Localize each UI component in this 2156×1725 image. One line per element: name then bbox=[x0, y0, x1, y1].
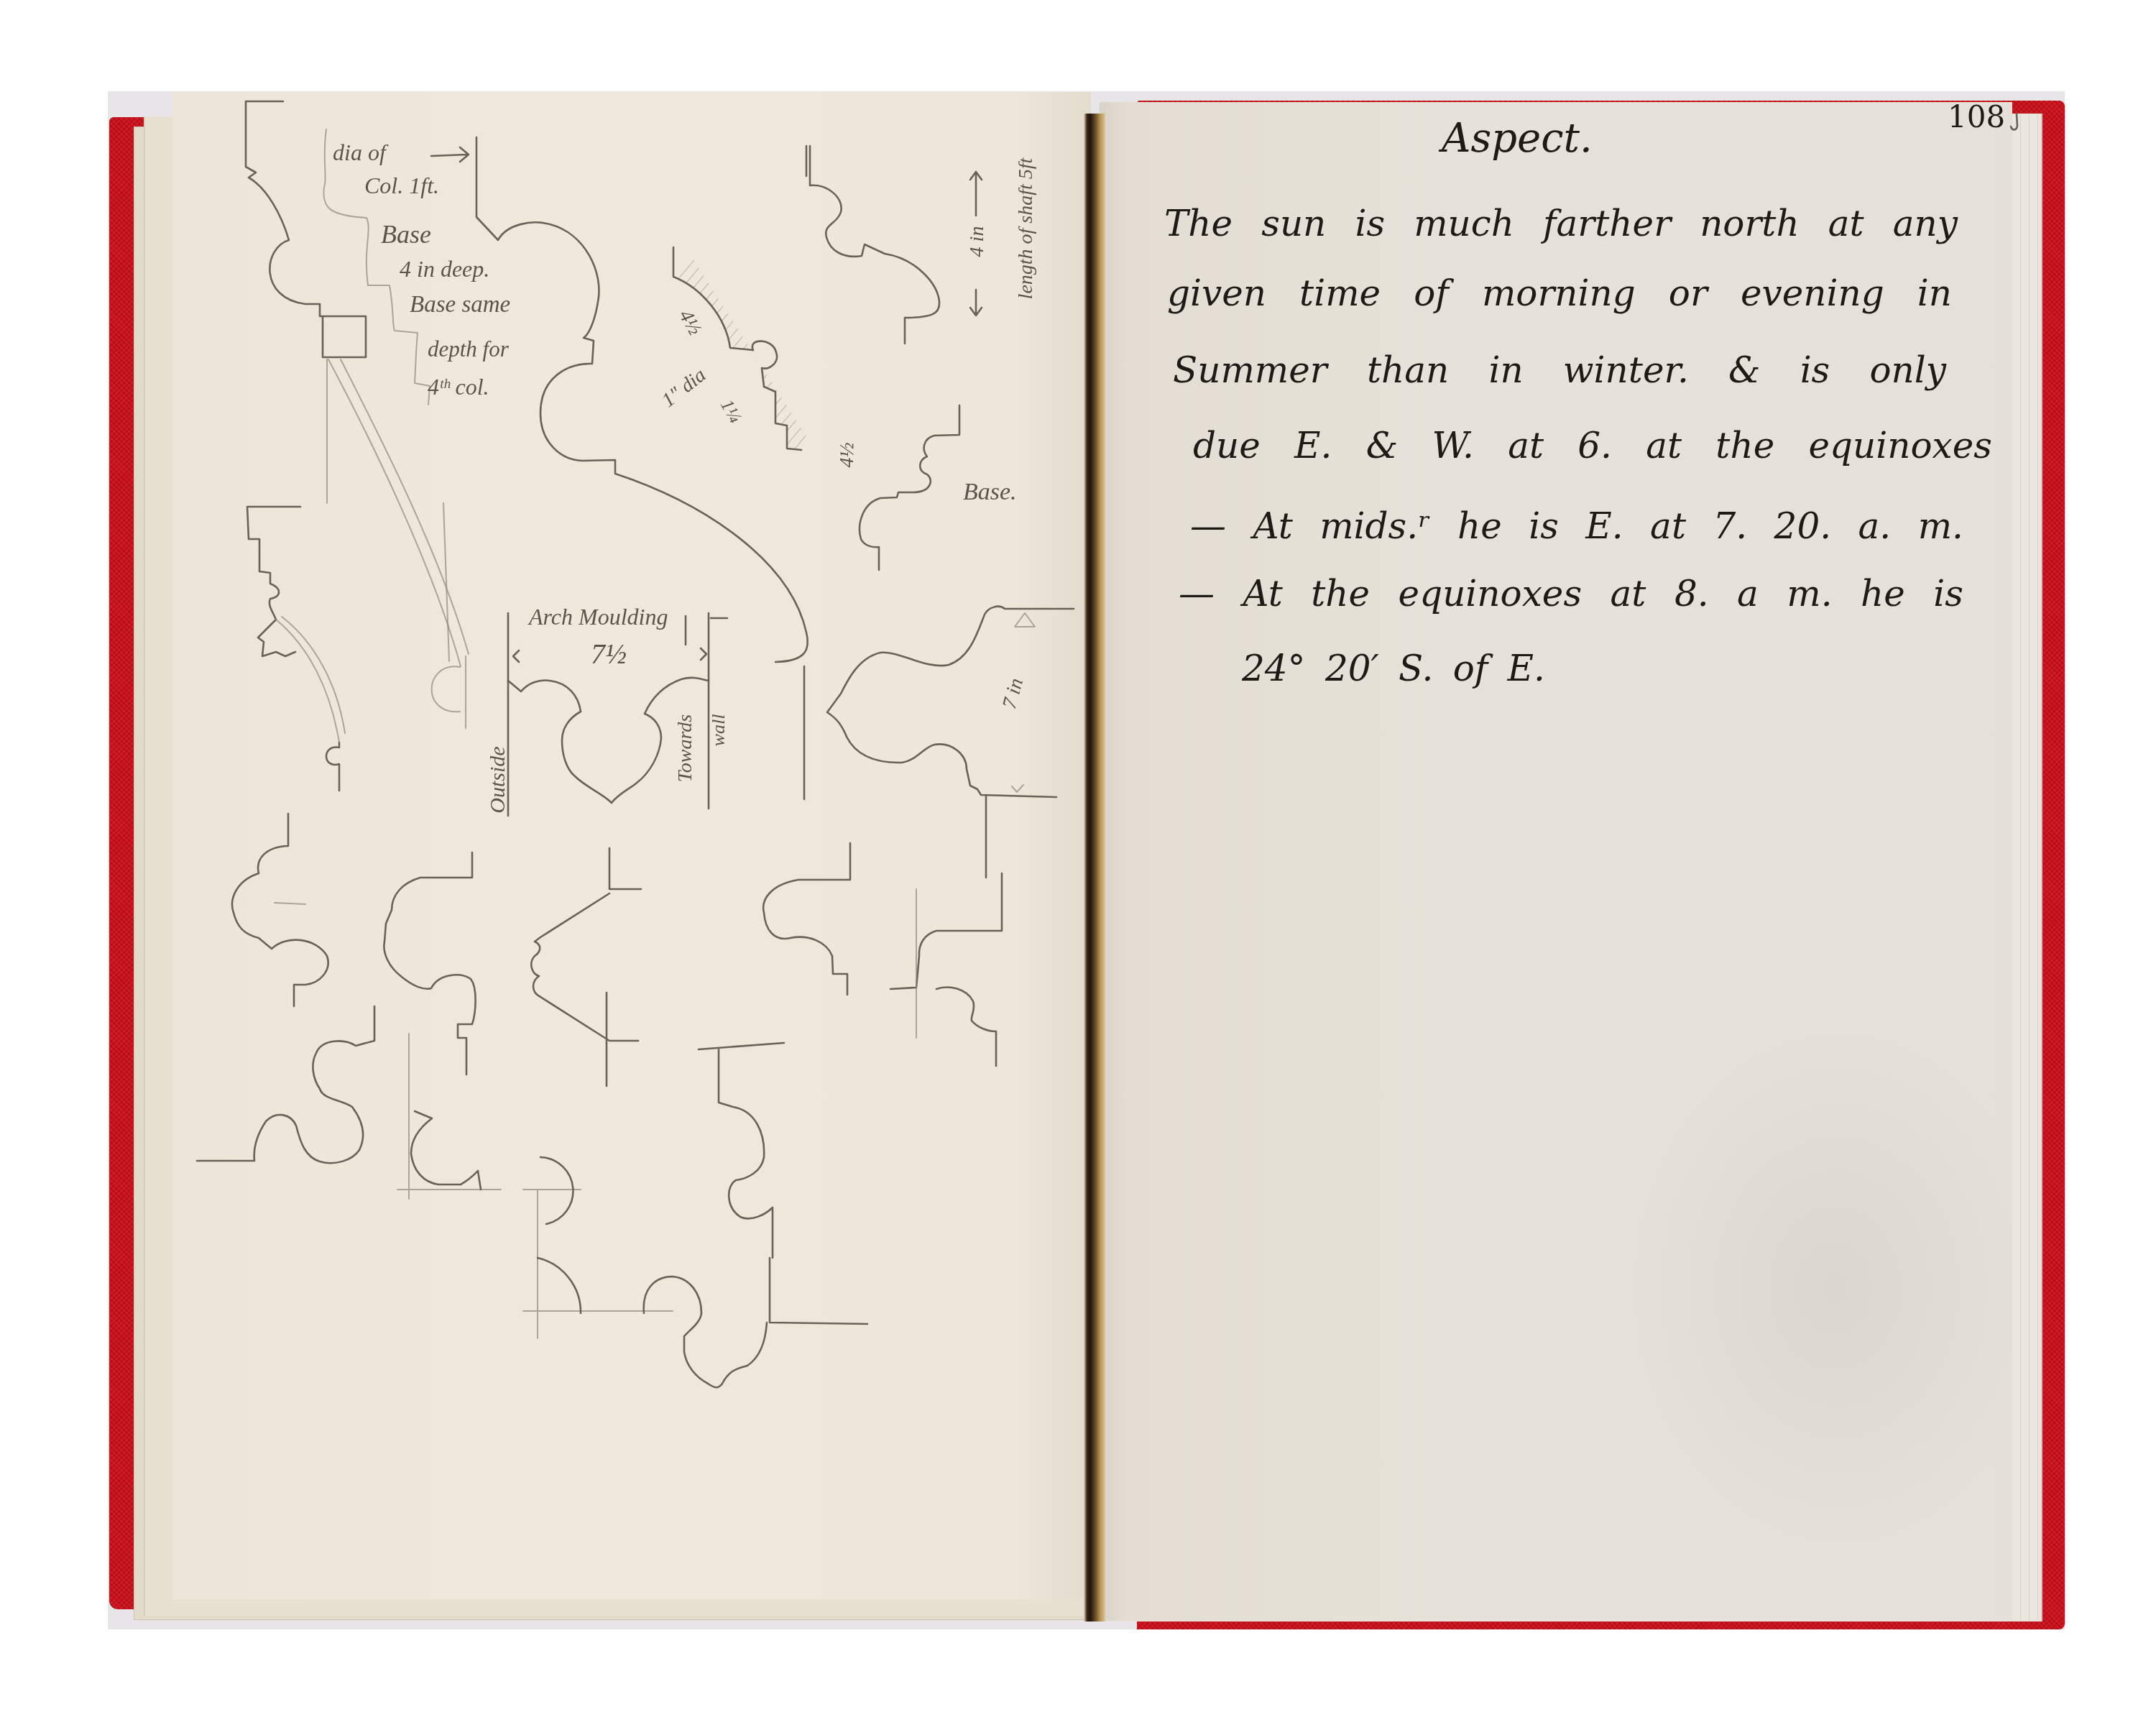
page-title: Aspect. bbox=[1442, 117, 1593, 160]
book-spine-gutter bbox=[1084, 114, 1105, 1621]
right-page bbox=[1100, 102, 2012, 1621]
label-4-in-deep: 4 in deep. bbox=[400, 257, 489, 280]
label-4-in: 4 in bbox=[967, 226, 987, 257]
label-base-dot: Base. bbox=[963, 480, 1017, 505]
text-line: 24° 20′ S. of E. bbox=[1242, 648, 1545, 689]
label-7-half: 7½ bbox=[591, 640, 627, 668]
text-line: given time of morning or evening in bbox=[1167, 273, 1952, 313]
label-outside: Outside bbox=[487, 746, 509, 813]
page-number: 108 bbox=[1948, 101, 2005, 134]
text-line: — At mids.ʳ he is E. at 7. 20. a. m. bbox=[1190, 506, 1963, 546]
label-base-same: Base same bbox=[410, 293, 510, 317]
label-base: Base bbox=[381, 221, 431, 247]
text-line: The sun is much farther north at any bbox=[1164, 203, 1958, 244]
text-line: — At the equinoxes at 8. a m. he is bbox=[1179, 574, 1963, 614]
label-4th-col: 4ᵗʰ col. bbox=[428, 375, 489, 398]
text-line: due E. & W. at 6. at the equinoxes bbox=[1193, 425, 1992, 466]
label-dia-of: dia of bbox=[333, 141, 386, 164]
label-4-half-base: 4½ bbox=[837, 443, 857, 468]
label-length-of-shaft: length of shaft 5ft bbox=[1016, 158, 1036, 300]
label-wall: wall bbox=[709, 714, 728, 747]
label-col-1ft: Col. 1ft. bbox=[364, 174, 439, 197]
label-arch-moulding: Arch Moulding bbox=[529, 605, 668, 628]
label-towards: Towards bbox=[676, 714, 696, 782]
notebook-photo: dia of Col. 1ft. Base 4 in deep. Base sa… bbox=[0, 0, 2156, 1725]
left-page bbox=[172, 92, 1091, 1599]
right-page-stack-edges bbox=[2012, 115, 2041, 1620]
text-line: Summer than in winter. & is only bbox=[1173, 350, 1946, 390]
label-depth-for: depth for bbox=[428, 338, 509, 360]
